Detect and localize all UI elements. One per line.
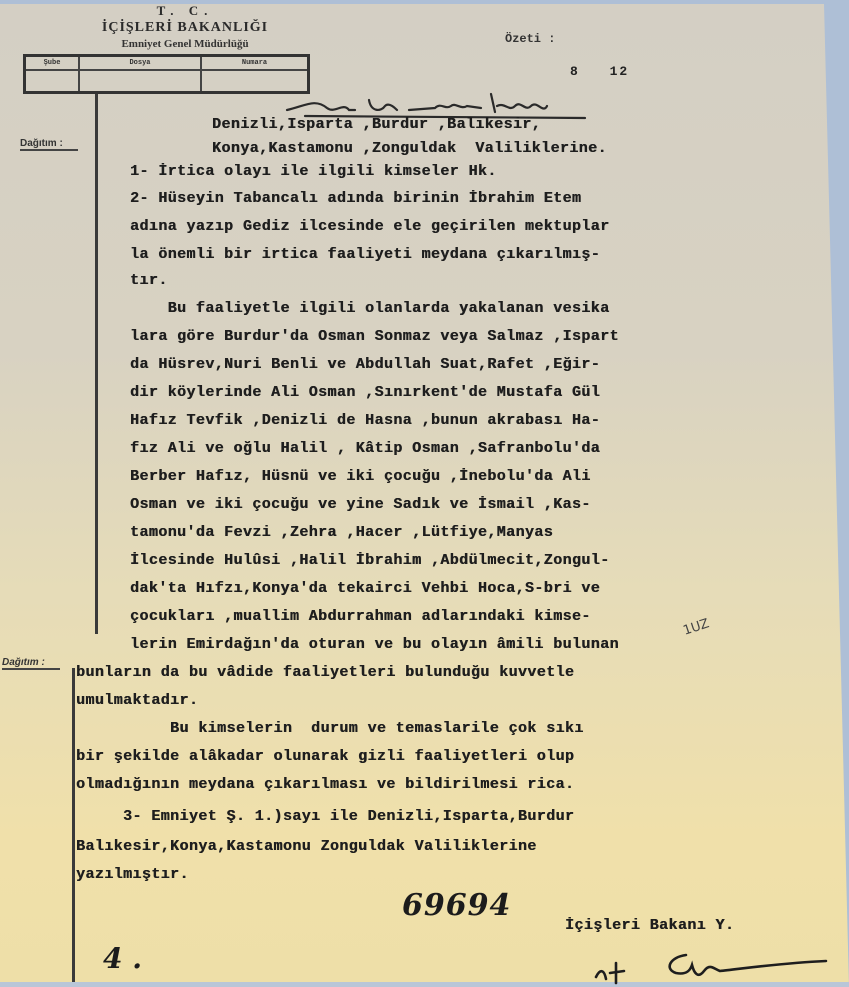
addressee-line: Denizli,Isparta ,Burdur ,Balıkesir, bbox=[212, 116, 541, 133]
signatory: İçişleri Bakanı Y. bbox=[565, 917, 734, 934]
body-line: umulmaktadır. bbox=[76, 692, 198, 709]
ref-col-dosya: Dosya bbox=[80, 57, 202, 91]
body-line: dak'ta Hıfzı,Konya'da tekairci Vehbi Hoc… bbox=[130, 580, 600, 597]
body-line: Bu kimselerin durum ve temaslarile çok s… bbox=[76, 720, 584, 737]
body-line: çocukları ,muallim Abdurrahman adlarında… bbox=[130, 608, 591, 625]
body-line: adına yazıp Gediz ilcesinde ele geçirile… bbox=[130, 218, 609, 235]
ref-col-sube: Şube bbox=[26, 57, 80, 91]
date-number: 8 12 bbox=[570, 64, 629, 79]
body-line: Hafız Tevfik ,Denizli de Hasna ,bunun ak… bbox=[130, 412, 600, 429]
body-line: fız Ali ve oğlu Halil , Kâtip Osman ,Saf… bbox=[130, 440, 600, 457]
body-line: 2- Hüseyin Tabancalı adında birinin İbra… bbox=[130, 190, 581, 207]
body-line: 1- İrtica olayı ile ilgili kimseler Hk. bbox=[130, 163, 497, 180]
body-line: bunların da bu vâdide faaliyetleri bulun… bbox=[76, 664, 574, 681]
reference-table: Şube Dosya Numara bbox=[23, 54, 310, 94]
body-line: Berber Hafız, Hüsnü ve iki çocuğu ,İnebo… bbox=[130, 468, 591, 485]
margin-rule bbox=[72, 668, 75, 982]
body-line: lerin Emirdağın'da oturan ve bu olayın â… bbox=[130, 636, 619, 653]
handwritten-mark: 4 . bbox=[103, 942, 142, 975]
body-line: tamonu'da Fevzi ,Zehra ,Hacer ,Lütfiye,M… bbox=[130, 524, 553, 541]
body-line: tır. bbox=[130, 272, 168, 289]
body-line: Osman ve iki çocuğu ve yine Sadık ve İsm… bbox=[130, 496, 591, 513]
body-line: olmadığının meydana çıkarılması ve bildi… bbox=[76, 776, 574, 793]
addressee-line: Konya,Kastamonu ,Zonguldak Valiliklerine… bbox=[212, 140, 607, 157]
body-line: da Hüsrev,Nuri Benli ve Abdullah Suat,Ra… bbox=[130, 356, 600, 373]
body-line: la önemli bir irtica faaliyeti meydana ç… bbox=[130, 246, 600, 263]
summary-label: Özeti : bbox=[505, 32, 555, 46]
signature bbox=[590, 945, 830, 985]
letterhead-directorate: Emniyet Genel Müdürlüğü bbox=[55, 38, 315, 50]
margin-rule bbox=[95, 94, 98, 634]
body-line: yazılmıştır. bbox=[76, 866, 189, 883]
body-line: 3- Emniyet Ş. 1.)sayı ile Denizli,Ispart… bbox=[76, 808, 574, 825]
body-line: Balıkesir,Konya,Kastamonu Zonguldak Vali… bbox=[76, 838, 537, 855]
body-line: lara göre Burdur'da Osman Sonmaz veya Sa… bbox=[130, 328, 619, 345]
letterhead-ministry: İÇİŞLERİ BAKANLIĞI bbox=[55, 20, 315, 36]
distribution-label: Dağıtım : bbox=[2, 657, 60, 670]
body-line: Bu faaliyetle ilgili olanlarda yakalanan… bbox=[130, 300, 609, 317]
ref-col-numara: Numara bbox=[202, 57, 307, 91]
handwritten-number: 69694 bbox=[402, 888, 511, 923]
body-line: bir şekilde alâkadar olunarak gizli faal… bbox=[76, 748, 574, 765]
distribution-label: Dağıtım : bbox=[20, 138, 78, 151]
body-line: dir köylerinde Ali Osman ,Sınırkent'de M… bbox=[130, 384, 600, 401]
letterhead-state: T. C. bbox=[135, 3, 235, 19]
body-line: İlcesinde Hulûsi ,Halil İbrahim ,Abdülme… bbox=[130, 552, 609, 569]
